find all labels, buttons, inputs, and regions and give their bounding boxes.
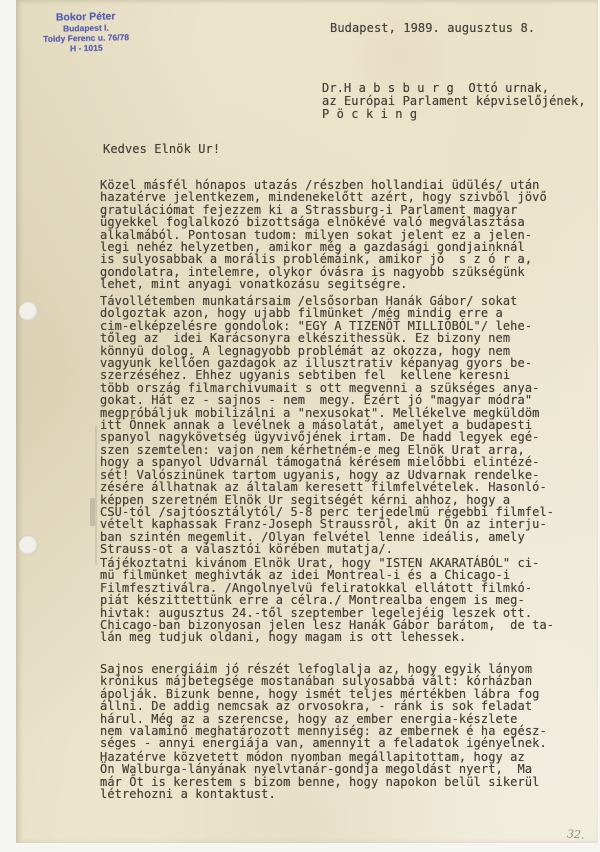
margin-pencil-mark (90, 498, 95, 526)
paragraph-4: Sajnos energiáim jó részét lefoglalja az… (100, 663, 547, 750)
paragraph-5: Hazatérve közvetett módon nyomban megáll… (100, 751, 539, 801)
punch-hole-bottom (19, 536, 38, 555)
salutation: Kedves Elnök Ur! (103, 143, 220, 155)
paper-crease-artifact (95, 425, 97, 565)
archive-page-number: 32. (567, 827, 585, 841)
sender-address-stamp: Bokor Péter Budapest I. Toldy Ferenc u. … (34, 11, 139, 54)
paragraph-3: Tájékoztatni kivánom Elnök Urat, hogy "I… (100, 557, 554, 644)
punch-hole-top (19, 302, 38, 321)
recipient-address-block: Dr.H a b s b u r g Ottó urnak, az Európa… (322, 82, 586, 121)
dateline: Budapest, 1989. augusztus 8. (330, 22, 535, 34)
paragraph-2: Távollétemben munkatársaim /elsősorban H… (100, 295, 554, 556)
scanned-letter-page: Bokor Péter Budapest I. Toldy Ferenc u. … (0, 0, 600, 852)
paragraph-1: Közel másfél hónapos utazás /részben hol… (100, 179, 547, 291)
